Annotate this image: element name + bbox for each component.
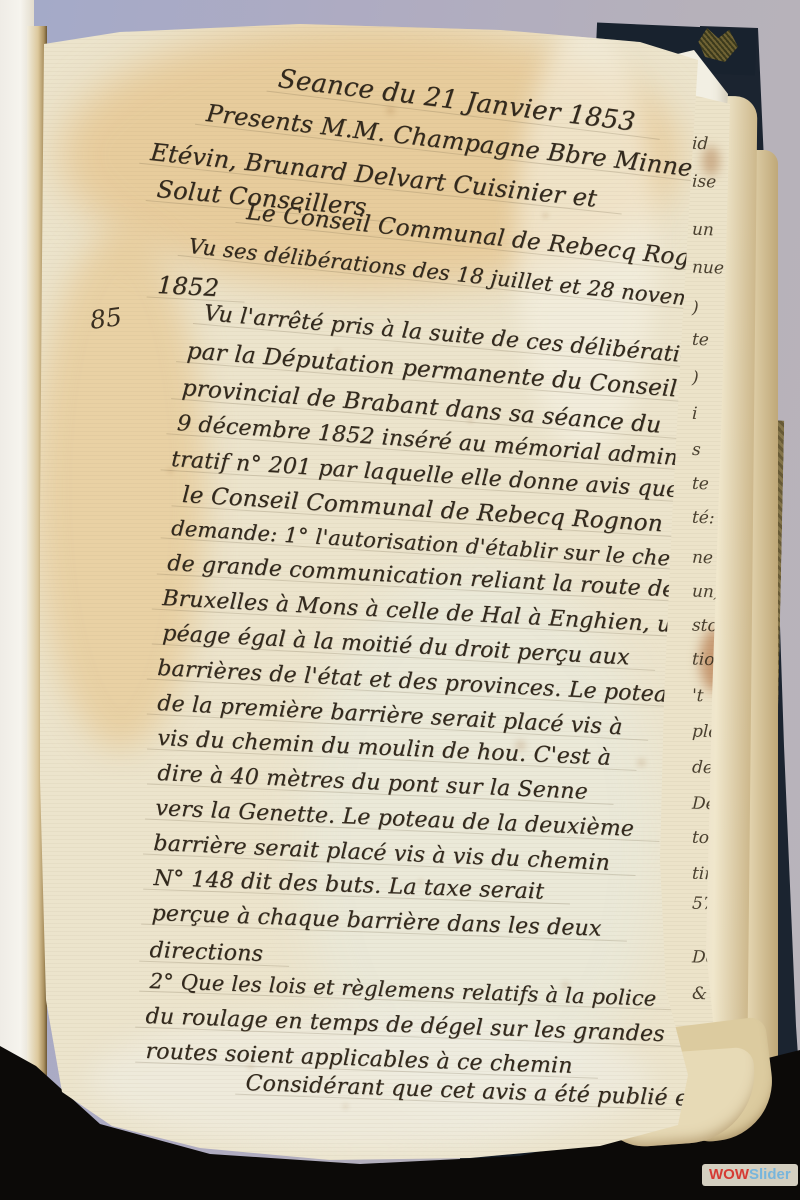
handwriting-line: 1852	[157, 271, 220, 302]
wowslider-watermark[interactable]: WOWSlider	[702, 1164, 798, 1186]
page-edge-fragment: 't	[692, 686, 704, 706]
page-edge-fragment: id	[692, 134, 709, 155]
page-edge-fragment: un	[692, 220, 715, 241]
page-edge-fragment: &	[692, 984, 708, 1005]
page-edge-fragment: te	[692, 330, 710, 351]
watermark-slider: Slider	[749, 1166, 791, 1183]
page-edge-fragment: s	[692, 440, 701, 460]
page-edge-fragment: i	[692, 404, 698, 424]
page-edge-fragment: te	[692, 474, 710, 495]
page-edge-fragment: )	[692, 298, 699, 318]
handwriting-line: directions	[149, 938, 263, 967]
watermark-wow: WOW	[709, 1166, 749, 1183]
page-edge-fragment: nue	[692, 257, 725, 278]
photo-backdrop: { "manuscript": { "margin_number": "85",…	[0, 0, 800, 1200]
page-edge-fragment: ise	[692, 172, 717, 193]
page-edge-fragment: ne	[692, 548, 714, 569]
page-edge-fragment: )	[692, 368, 699, 388]
margin-number: 85	[88, 302, 123, 335]
page-edge-fragment: té:	[692, 508, 715, 529]
